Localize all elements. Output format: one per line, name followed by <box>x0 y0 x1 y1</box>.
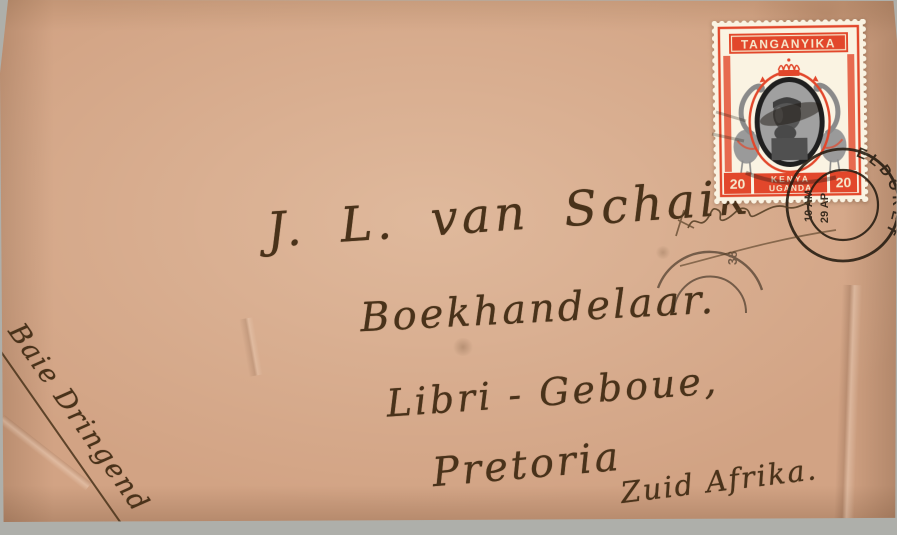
envelope: J. L. van Schaik Boekhandelaar. Libri - … <box>0 0 897 522</box>
stamp-design: TANGANYIKA <box>714 21 865 201</box>
cover-photo: J. L. van Schaik Boekhandelaar. Libri - … <box>0 0 897 535</box>
ink-smudge <box>452 338 474 356</box>
small-crease <box>239 317 263 377</box>
ink-smudge <box>655 246 671 259</box>
stamp-value-right: 20 <box>830 171 857 192</box>
stamp-banner: TANGANYIKA <box>729 32 848 54</box>
address-line-occupation: Boekhandelaar. <box>359 277 717 342</box>
value-left-label: 20 <box>730 176 746 192</box>
address-line-country: Zuid Afrika. <box>619 452 820 510</box>
address-line-building: Libri - Geboue, <box>385 358 720 425</box>
address-recipient: J. L. van Schaik <box>265 169 754 259</box>
stamp-banner-label: TANGANYIKA <box>741 36 836 51</box>
stamp-value-left: 20 <box>724 173 751 194</box>
value-right-label: 20 <box>836 174 852 190</box>
vertical-crease <box>834 285 862 524</box>
postage-stamp: TANGANYIKA <box>711 18 869 204</box>
urgency-annotation: Baie Dringend <box>0 316 161 533</box>
postmark-year-label: 38 <box>726 251 740 265</box>
address-line-city: Pretoria <box>430 434 623 496</box>
